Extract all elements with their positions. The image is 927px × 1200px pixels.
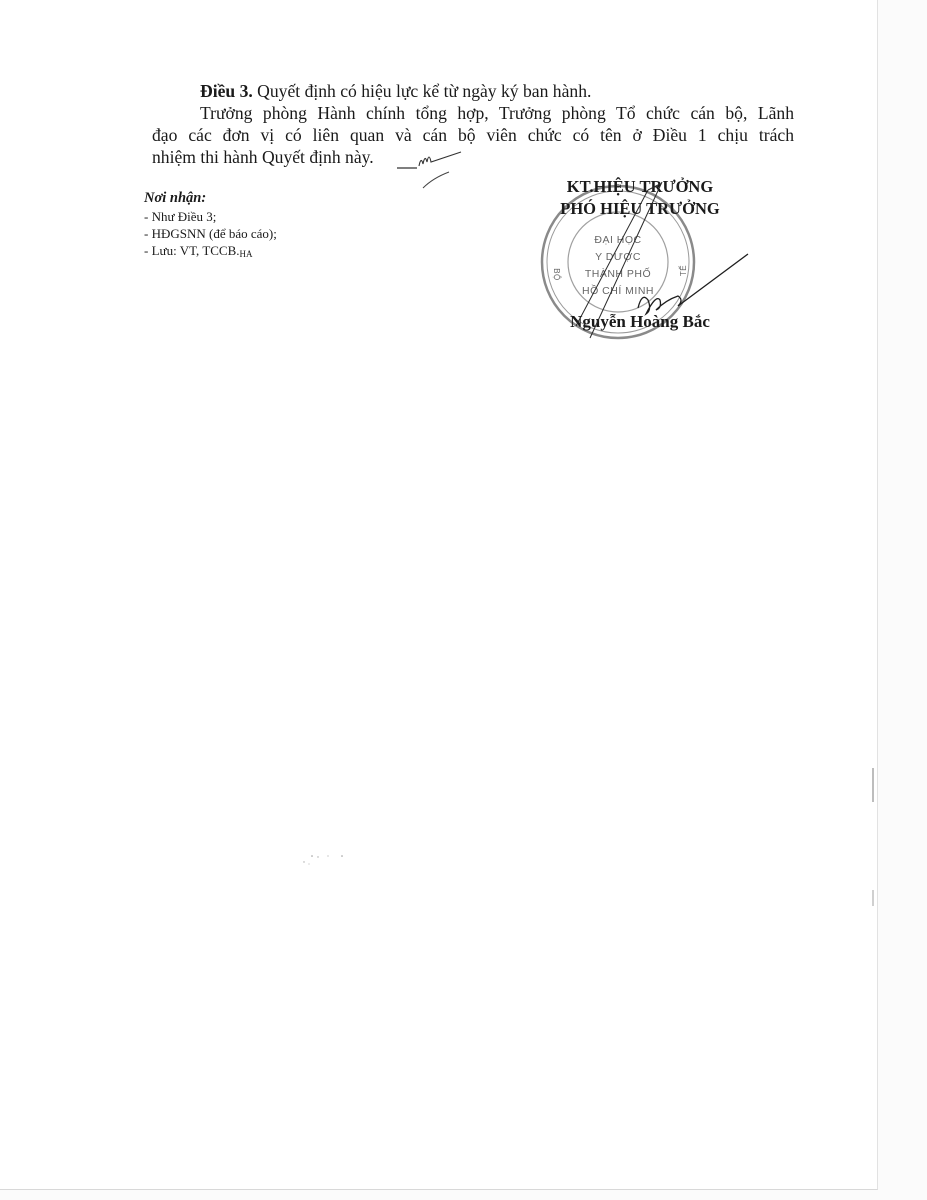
signer-name: Nguyễn Hoàng Bắc (520, 312, 760, 332)
scan-noise (300, 852, 360, 866)
recipients-heading: Nơi nhận: (144, 189, 277, 208)
document-page: Điều 3. Quyết định có hiệu lực kể từ ngà… (0, 0, 878, 1190)
recipient-item: - Như Điều 3; (144, 208, 277, 225)
archive-suffix: HA (240, 249, 253, 259)
scan-edge-mark (872, 890, 874, 906)
signer-title-line-1: KT.HIỆU TRƯỞNG (520, 176, 760, 198)
article-3: Điều 3. Quyết định có hiệu lực kể từ ngà… (152, 80, 794, 102)
recipient-item: - HĐGSNN (để báo cáo); (144, 225, 277, 242)
recipient-item: - Lưu: VT, TCCB.HA (144, 242, 277, 263)
signer-title-line-2: PHÓ HIỆU TRƯỞNG (520, 198, 760, 220)
signature-block: ĐẠI HỌC Y DƯỢC THÀNH PHỐ HỒ CHÍ MINH BỘ … (520, 176, 760, 220)
article-3-text: Quyết định có hiệu lực kể từ ngày ký ban… (253, 81, 592, 101)
decision-body: Điều 3. Quyết định có hiệu lực kể từ ngà… (152, 80, 794, 168)
scan-edge-mark (872, 768, 874, 802)
responsibility-line-1: Trưởng phòng Hành chính tổng hợp, Trưởng… (152, 102, 794, 124)
responsibility-line-2: đạo các đơn vị có liên quan và cán bộ vi… (152, 124, 794, 146)
responsibility-line-3: nhiệm thi hành Quyết định này. (152, 146, 794, 168)
article-3-label: Điều 3. (200, 81, 253, 101)
recipients-block: Nơi nhận: - Như Điều 3; - HĐGSNN (để báo… (144, 189, 277, 263)
